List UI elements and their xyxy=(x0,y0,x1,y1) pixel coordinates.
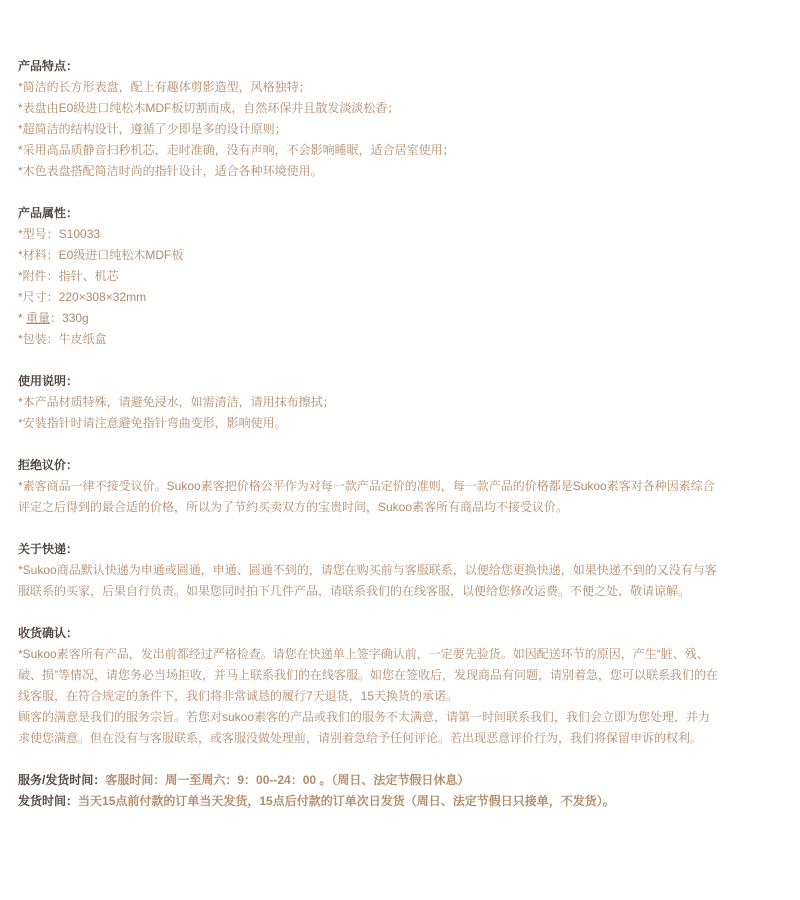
receipt-paragraph-1: *Sukoo素客所有产品，发出前都经过严格检查。请您在快递单上签字确认前，一定要… xyxy=(18,644,720,707)
attribute-weight: * 重量：330g xyxy=(18,308,720,329)
section-ship-time: 发货时间：当天15点前付款的订单当天发货，15点后付款的订单次日发货（周日、法定… xyxy=(18,791,720,812)
section-title-delivery: 关于快递： xyxy=(18,539,720,560)
section-service-time: 服务/发货时间：客服时间：周一至周六：9：00--24：00 。（周日、法定节假… xyxy=(18,770,720,791)
usage-line: *本产品材质特殊，请避免浸水，如需清洁，请用抹布擦拭； xyxy=(18,392,720,413)
feature-line: *木色表盘搭配简洁时尚的指针设计，适合各种环境使用。 xyxy=(18,161,720,182)
feature-line: *简洁的长方形表盘，配上有趣体剪影造型，风格独特； xyxy=(18,77,720,98)
attribute-size: *尺寸：220×308×32mm xyxy=(18,287,720,308)
attribute-material: *材料：E0级进口纯松木MDF板 xyxy=(18,245,720,266)
attribute-model: *型号：S10033 xyxy=(18,224,720,245)
section-features: 产品特点： *简洁的长方形表盘，配上有趣体剪影造型，风格独特； *表盘由E0级进… xyxy=(18,56,720,182)
attribute-packaging: *包装：牛皮纸盒 xyxy=(18,329,720,350)
section-title-attributes: 产品属性： xyxy=(18,203,720,224)
weight-prefix: * xyxy=(18,311,26,325)
section-receipt: 收货确认： *Sukoo素客所有产品，发出前都经过严格检查。请您在快递单上签字确… xyxy=(18,623,720,749)
delivery-paragraph: *Sukoo商品默认快递为申通或圆通，申通、圆通不到的，请您在购买前与客服联系，… xyxy=(18,560,720,602)
section-attributes: 产品属性： *型号：S10033 *材料：E0级进口纯松木MDF板 *附件：指针… xyxy=(18,203,720,350)
section-title-usage: 使用说明： xyxy=(18,371,720,392)
section-usage: 使用说明： *本产品材质特殊，请避免浸水，如需清洁，请用抹布擦拭； *安装指针时… xyxy=(18,371,720,434)
ship-time-value: 当天15点前付款的订单当天发货，15点后付款的订单次日发货（周日、法定节假日只接… xyxy=(78,794,615,808)
no-bargain-paragraph: *素客商品一律不接受议价。Sukoo素客把价格公平作为对每一款产品定价的准则，每… xyxy=(18,476,720,518)
ship-time-label: 发货时间： xyxy=(18,794,78,808)
section-title-receipt: 收货确认： xyxy=(18,623,720,644)
service-time-label: 服务/发货时间： xyxy=(18,773,105,787)
usage-line: *安装指针时请注意避免指针弯曲变形，影响使用。 xyxy=(18,413,720,434)
feature-line: *采用高品质静音扫秒机芯，走时准确，没有声响，不会影响睡眠，适合居室使用； xyxy=(18,140,720,161)
product-description-page: 产品特点： *简洁的长方形表盘，配上有趣体剪影造型，风格独特； *表盘由E0级进… xyxy=(0,0,800,900)
section-title-no-bargain: 拒绝议价： xyxy=(18,455,720,476)
receipt-paragraph-2: 顾客的满意是我们的服务宗旨。若您对sukoo素客的产品或我们的服务不太满意，请第… xyxy=(18,707,720,749)
feature-line: *表盘由E0级进口纯松木MDF板切割而成，自然环保并且散发淡淡松香； xyxy=(18,98,720,119)
section-title-features: 产品特点： xyxy=(18,56,720,77)
section-no-bargain: 拒绝议价： *素客商品一律不接受议价。Sukoo素客把价格公平作为对每一款产品定… xyxy=(18,455,720,518)
feature-line: *超简洁的结构设计，遵循了少即是多的设计原则； xyxy=(18,119,720,140)
weight-term: 重量 xyxy=(26,311,50,325)
description-content: 产品特点： *简洁的长方形表盘，配上有趣体剪影造型，风格独特； *表盘由E0级进… xyxy=(0,0,720,812)
section-delivery: 关于快递： *Sukoo商品默认快递为申通或圆通，申通、圆通不到的，请您在购买前… xyxy=(18,539,720,602)
weight-value: ：330g xyxy=(50,311,89,325)
service-time-value: 客服时间：周一至周六：9：00--24：00 。（周日、法定节假日休息） xyxy=(105,773,469,787)
attribute-accessories: *附件：指针、机芯 xyxy=(18,266,720,287)
